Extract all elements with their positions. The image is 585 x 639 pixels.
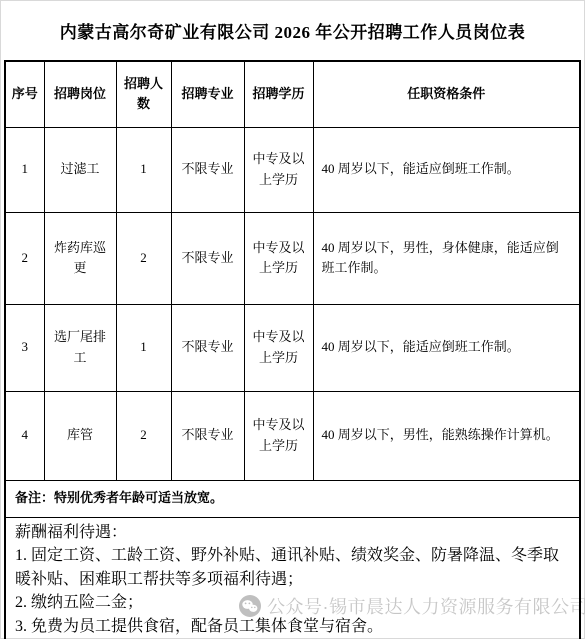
col-header-no: 序号	[5, 61, 44, 127]
col-header-qualification: 任职资格条件	[313, 61, 580, 127]
cell-qualification: 40 周岁以下，能适应倒班工作制。	[313, 304, 580, 391]
header-row: 序号 招聘岗位 招聘人数 招聘专业 招聘学历 任职资格条件	[5, 61, 580, 127]
cell-major: 不限专业	[171, 304, 244, 391]
cell-position: 过滤工	[44, 127, 116, 212]
document-page: 内蒙古高尔奇矿业有限公司 2026 年公开招聘工作人员岗位表 序号 招聘岗位 招…	[0, 0, 585, 639]
cell-position: 库管	[44, 391, 116, 480]
benefits-list: 1. 固定工资、工龄工资、野外补贴、通讯补贴、绩效奖金、防暑降温、冬季取暖补贴、…	[15, 544, 570, 638]
cell-education: 中专及以上学历	[244, 391, 313, 480]
table-row: 3 选厂尾排工 1 不限专业 中专及以上学历 40 周岁以下，能适应倒班工作制。	[5, 304, 580, 391]
cell-major: 不限专业	[171, 391, 244, 480]
benefits-row: 薪酬福利待遇： 1. 固定工资、工龄工资、野外补贴、通讯补贴、绩效奖金、防暑降温…	[5, 517, 580, 639]
remark-row: 备注：特别优秀者年龄可适当放宽。	[5, 480, 580, 517]
col-header-count: 招聘人数	[116, 61, 171, 127]
benefit-item: 2. 缴纳五险二金；	[15, 591, 570, 615]
job-table: 序号 招聘岗位 招聘人数 招聘专业 招聘学历 任职资格条件 1 过滤工 1 不限…	[4, 60, 581, 639]
table-row: 2 炸药库巡更 2 不限专业 中专及以上学历 40 周岁以下，男性，身体健康，能…	[5, 212, 580, 304]
cell-major: 不限专业	[171, 127, 244, 212]
cell-no: 1	[5, 127, 44, 212]
cell-count: 1	[116, 304, 171, 391]
cell-qualification: 40 周岁以下，男性，能熟练操作计算机。	[313, 391, 580, 480]
cell-qualification: 40 周岁以下，男性，身体健康，能适应倒班工作制。	[313, 212, 580, 304]
benefit-item: 1. 固定工资、工龄工资、野外补贴、通讯补贴、绩效奖金、防暑降温、冬季取暖补贴、…	[15, 544, 570, 591]
cell-no: 2	[5, 212, 44, 304]
cell-no: 4	[5, 391, 44, 480]
cell-position: 选厂尾排工	[44, 304, 116, 391]
cell-qualification: 40 周岁以下，能适应倒班工作制。	[313, 127, 580, 212]
benefits-cell: 薪酬福利待遇： 1. 固定工资、工龄工资、野外补贴、通讯补贴、绩效奖金、防暑降温…	[5, 517, 580, 639]
page-title: 内蒙古高尔奇矿业有限公司 2026 年公开招聘工作人员岗位表	[1, 1, 584, 60]
col-header-education: 招聘学历	[244, 61, 313, 127]
table-row: 4 库管 2 不限专业 中专及以上学历 40 周岁以下，男性，能熟练操作计算机。	[5, 391, 580, 480]
remark-text: 备注：特别优秀者年龄可适当放宽。	[5, 480, 580, 517]
cell-education: 中专及以上学历	[244, 304, 313, 391]
cell-no: 3	[5, 304, 44, 391]
cell-count: 2	[116, 391, 171, 480]
cell-major: 不限专业	[171, 212, 244, 304]
table-row: 1 过滤工 1 不限专业 中专及以上学历 40 周岁以下，能适应倒班工作制。	[5, 127, 580, 212]
col-header-position: 招聘岗位	[44, 61, 116, 127]
cell-count: 2	[116, 212, 171, 304]
cell-position: 炸药库巡更	[44, 212, 116, 304]
benefit-item: 3. 免费为员工提供食宿，配备员工集体食堂与宿舍。	[15, 615, 570, 639]
col-header-major: 招聘专业	[171, 61, 244, 127]
cell-education: 中专及以上学历	[244, 212, 313, 304]
cell-count: 1	[116, 127, 171, 212]
cell-education: 中专及以上学历	[244, 127, 313, 212]
benefits-heading: 薪酬福利待遇：	[15, 521, 570, 545]
